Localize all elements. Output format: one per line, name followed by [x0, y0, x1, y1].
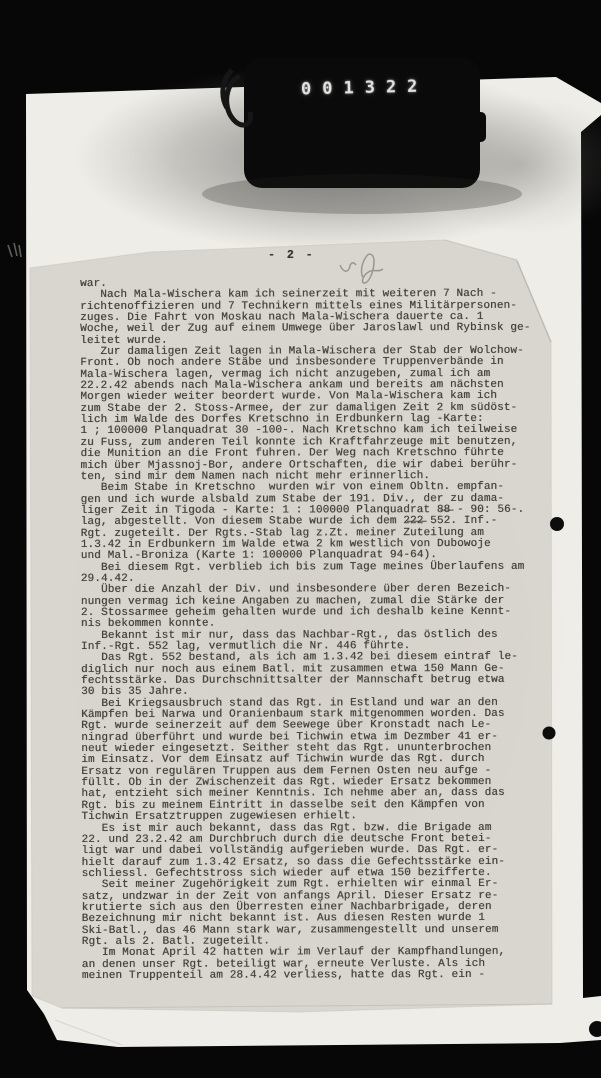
page-number: - 2 -	[268, 249, 315, 262]
left-margin-mark	[8, 243, 21, 257]
microfilm-frame: 001322 - 2 - war. Nach Mala-Wischera kam…	[0, 0, 601, 1078]
typed-line: Bei diesem Rgt. verblieb ich bis zum Tag…	[81, 561, 551, 574]
stamp-shadow	[202, 174, 522, 214]
typed-lines: war. Nach Mala-Wischera kam ich seinerze…	[80, 278, 552, 983]
frame-counter-number: 001322	[301, 76, 429, 99]
ink-dot-upper	[550, 517, 564, 531]
typed-line: meinen Truppenteil am 28.4.42 verliess, …	[82, 970, 552, 983]
stamp-side-tab	[464, 112, 486, 142]
